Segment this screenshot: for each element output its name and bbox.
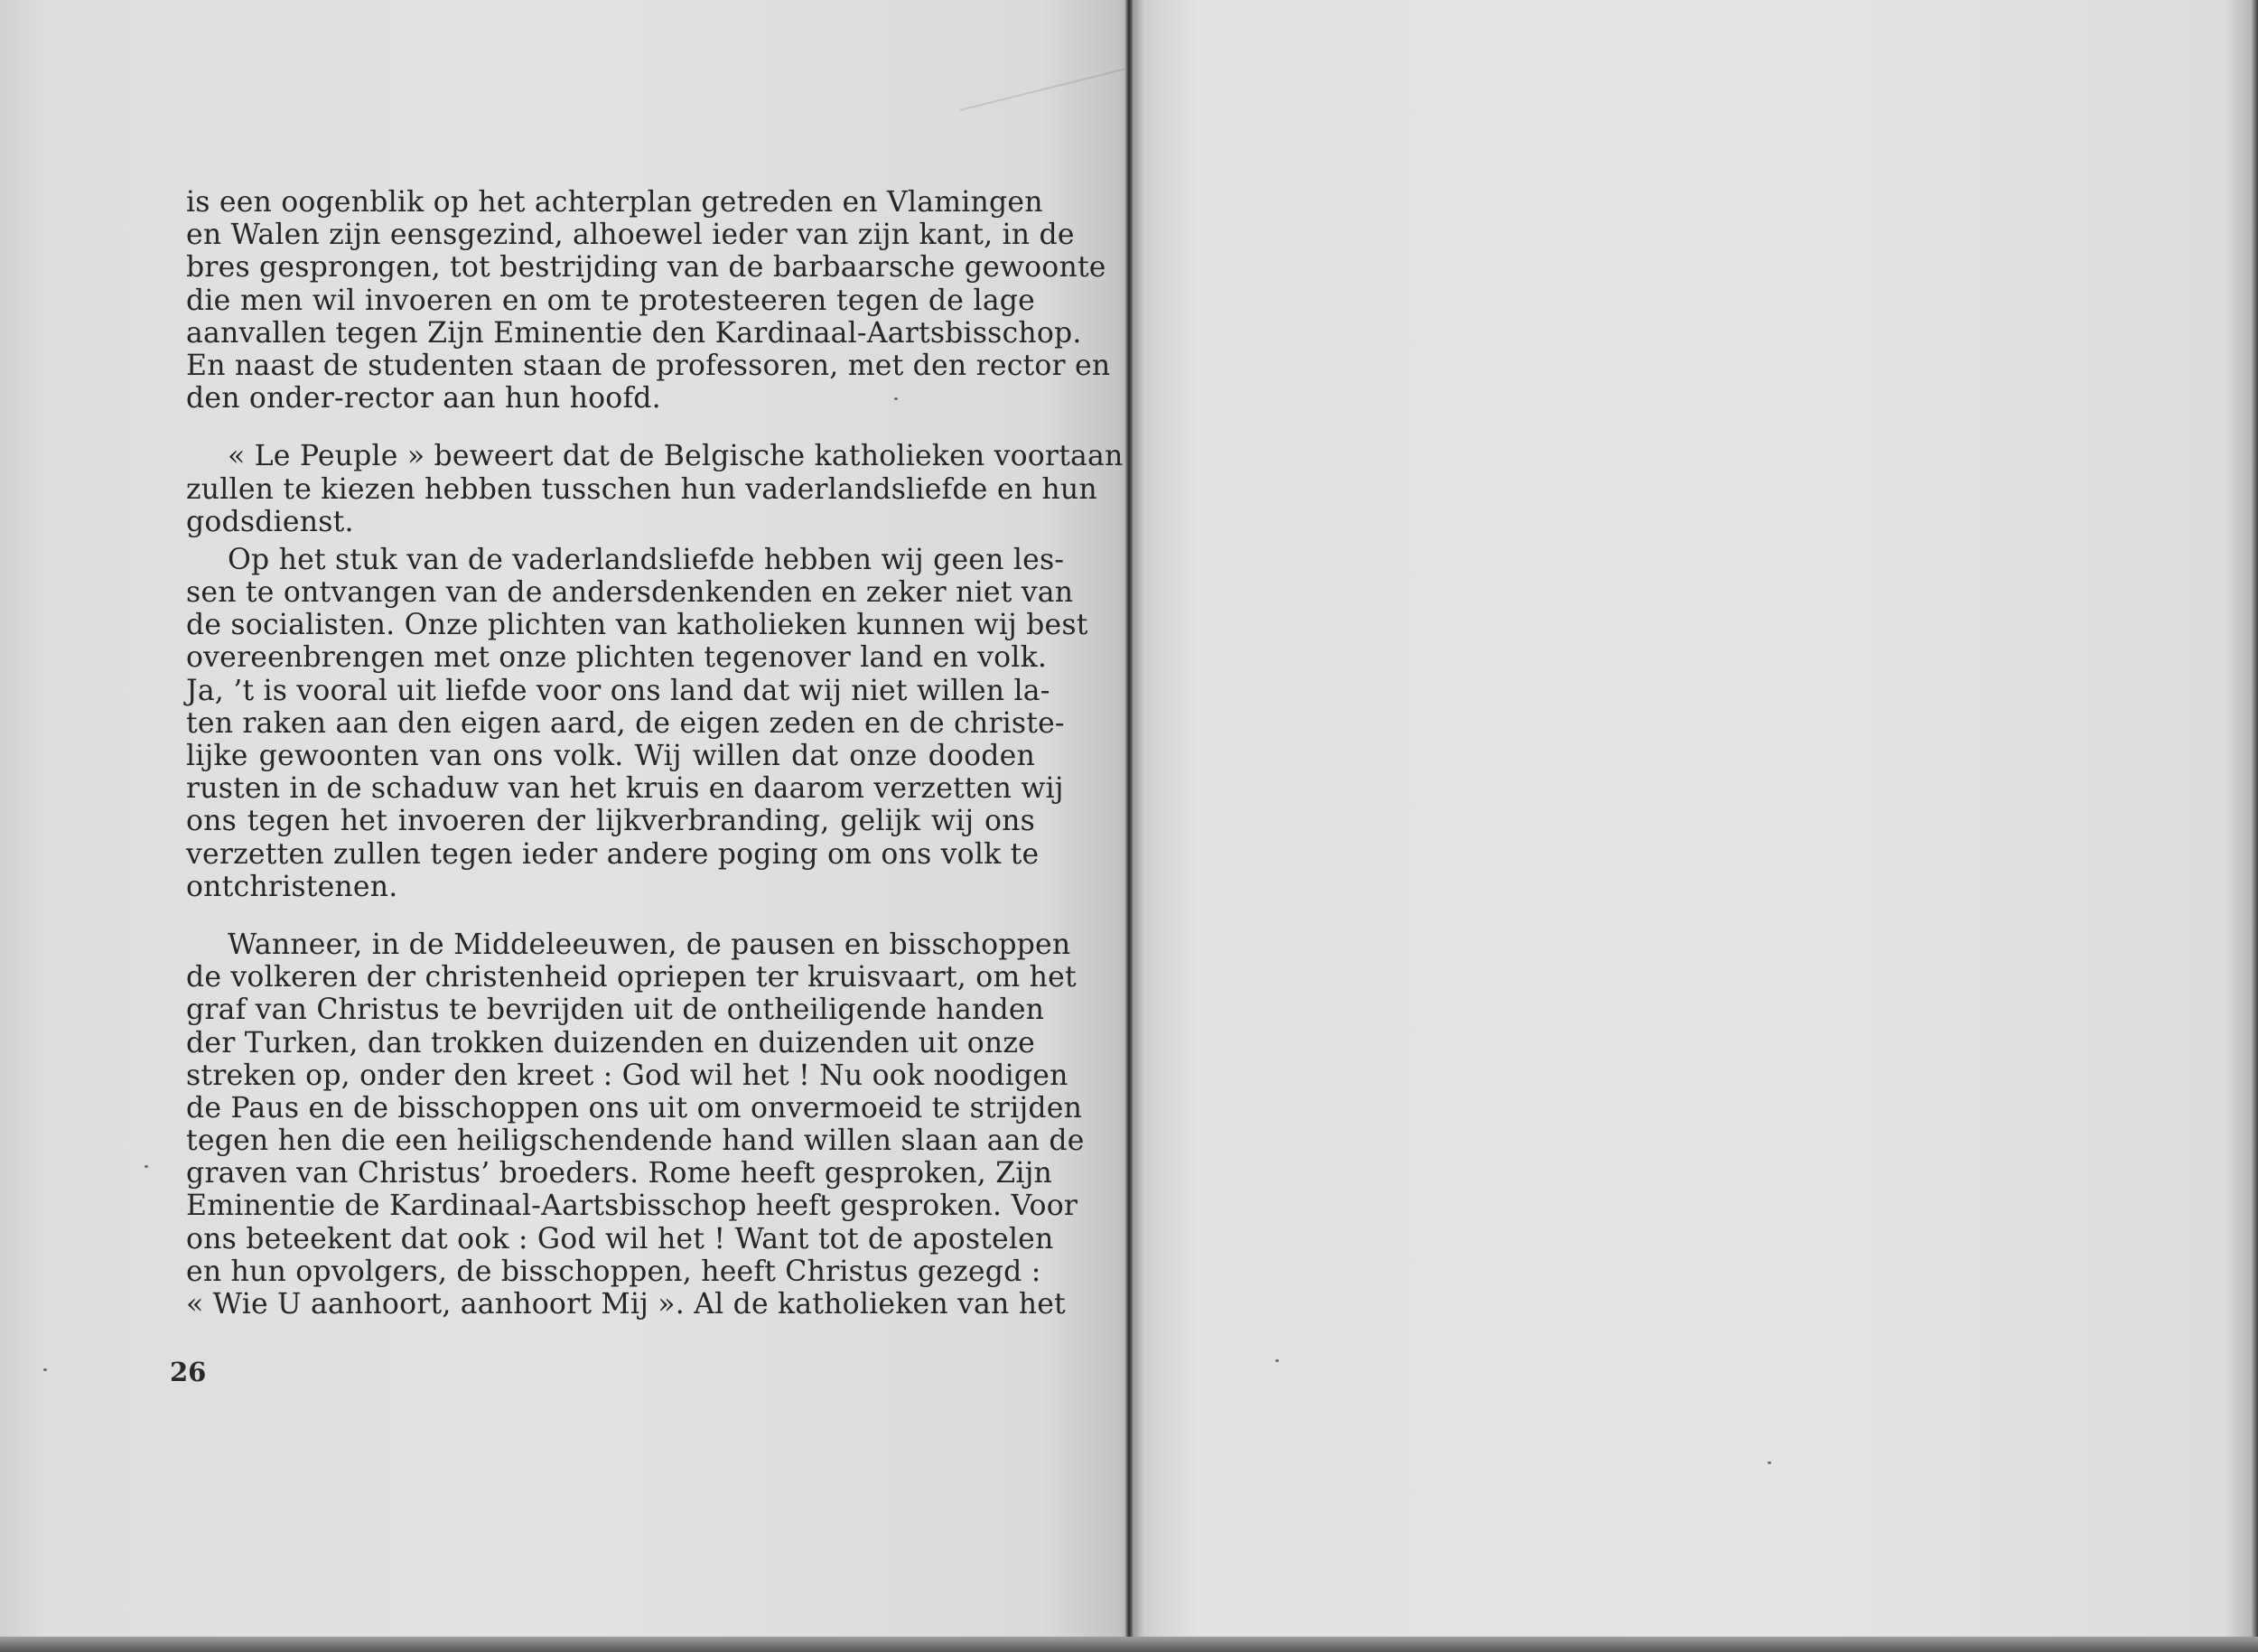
text-line: tegen hen die een heiligschendende hand … [186, 1125, 1035, 1157]
text-line: de volkeren der christenheid opriepen te… [186, 961, 1035, 994]
text-line: lijke gewoonten van ons volk. Wij willen… [186, 740, 1035, 772]
text-line: verzetten zullen tegen ieder andere pogi… [186, 838, 1035, 871]
right-page: land scharen zich daarom aan de zijde va… [1131, 0, 2258, 1639]
page-crease [947, 0, 1131, 111]
text-line: is een oogenblik op het achterplan getre… [186, 186, 1035, 219]
paragraph-gap [186, 903, 1035, 929]
left-page: is een oogenblik op het achterplan getre… [0, 0, 1131, 1639]
text-line: graven van Christus’ broeders. Rome heef… [186, 1157, 1035, 1190]
text-line: Wanneer, in de Middeleeuwen, de pausen e… [186, 929, 1035, 961]
text-line: zullen te kiezen hebben tusschen hun vad… [186, 473, 1035, 506]
text-line: rusten in de schaduw van het kruis en da… [186, 772, 1035, 805]
page-number-left: 26 [170, 1357, 206, 1387]
text-line: en hun opvolgers, de bisschoppen, heeft … [186, 1255, 1035, 1288]
text-line: de socialisten. Onze plichten van kathol… [186, 609, 1035, 641]
text-line: ontchristenen. [186, 871, 1035, 903]
text-line: sen te ontvangen van de andersdenkenden … [186, 576, 1035, 609]
left-page-body-text: is een oogenblik op het achterplan getre… [186, 186, 1035, 1321]
text-line: Ja, ’t is vooral uit liefde voor ons lan… [186, 675, 1035, 707]
paper-speck [1768, 1461, 1771, 1464]
text-line: ons beteekent dat ook : God wil het ! Wa… [186, 1223, 1035, 1255]
text-line: der Turken, dan trokken duizenden en dui… [186, 1027, 1035, 1059]
book-spread: is een oogenblik op het achterplan getre… [0, 0, 2258, 1652]
book-gutter [1125, 0, 1133, 1652]
text-line: streken op, onder den kreet : God wil he… [186, 1059, 1035, 1092]
paper-speck [145, 1165, 148, 1168]
text-line: bres gesprongen, tot bestrijding van de … [186, 251, 1035, 284]
text-line: Op het stuk van de vaderlandsliefde hebb… [186, 544, 1035, 576]
text-line: den onder-rector aan hun hoofd. [186, 382, 1035, 415]
text-line: Eminentie de Kardinaal-Aartsbisschop hee… [186, 1190, 1035, 1222]
text-line: « Le Peuple » beweert dat de Belgische k… [186, 440, 1035, 472]
text-line: de Paus en de bisschoppen ons uit om onv… [186, 1092, 1035, 1125]
text-line: en Walen zijn eensgezind, alhoewel ieder… [186, 219, 1035, 251]
text-line: ons tegen het invoeren der lijkverbrandi… [186, 805, 1035, 837]
paragraph-gap [186, 415, 1035, 440]
text-line: godsdienst. [186, 506, 1035, 538]
text-line: graf van Christus te bevrijden uit de on… [186, 994, 1035, 1026]
text-line: overeenbrengen met onze plichten tegenov… [186, 641, 1035, 674]
text-line: « Wie U aanhoort, aanhoort Mij ». Al de … [186, 1288, 1035, 1321]
text-line: die men wil invoeren en om te protesteer… [186, 285, 1035, 317]
text-line: aanvallen tegen Zijn Eminentie den Kardi… [186, 317, 1035, 350]
text-line: En naast de studenten staan de professor… [186, 350, 1035, 382]
paper-speck [1275, 1359, 1279, 1362]
paper-speck [894, 397, 898, 400]
paper-speck [43, 1368, 47, 1371]
page-bottom-edge [0, 1637, 2258, 1652]
text-line: ten raken aan den eigen aard, de eigen z… [186, 707, 1035, 740]
